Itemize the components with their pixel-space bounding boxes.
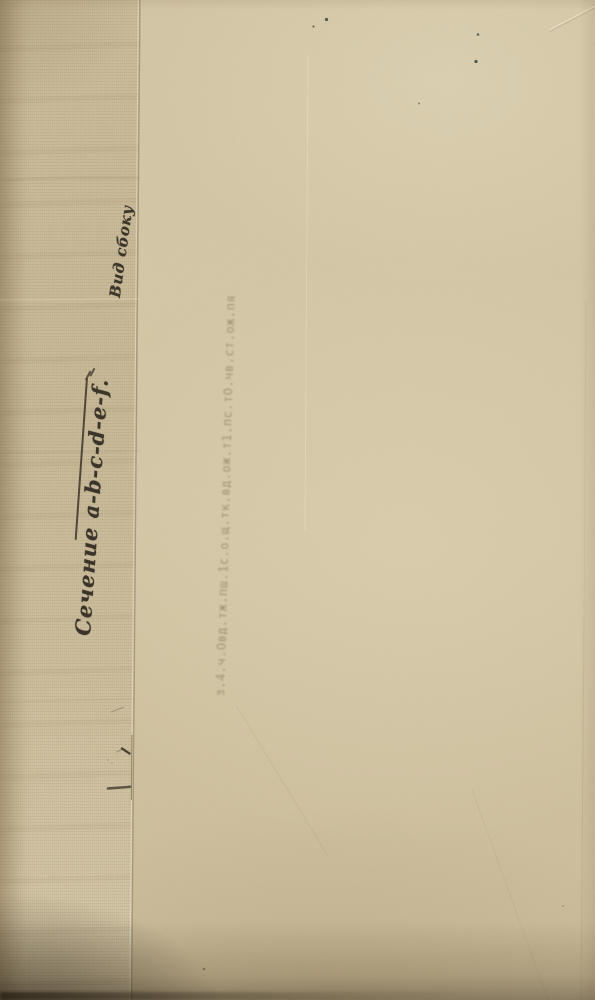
scanned-page: з.4.ч.Овд.тж.пш.1с.о.щ.тк.вд.ож.т1.пс.тО… bbox=[0, 0, 595, 1000]
bottom-left-corner-shadow bbox=[0, 0, 595, 1000]
bottom-edge-dark-band bbox=[0, 992, 595, 1000]
